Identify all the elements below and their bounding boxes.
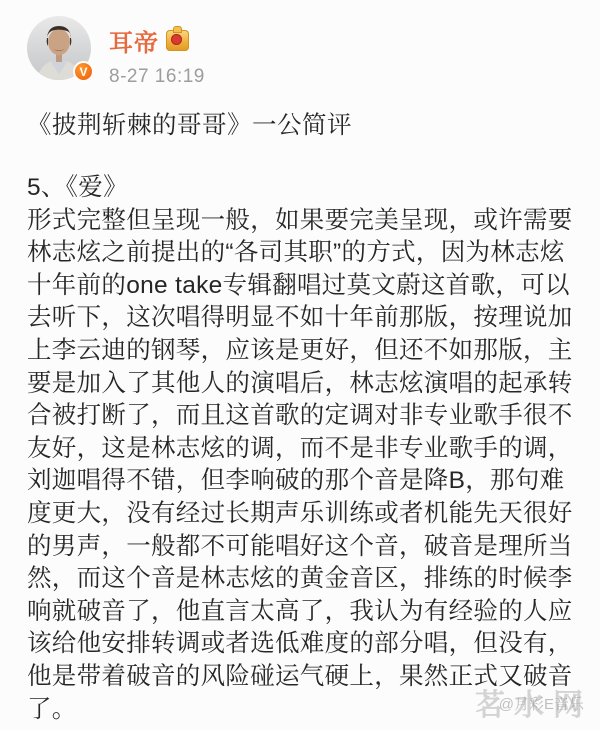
- verified-v-icon: V: [73, 61, 94, 82]
- body-line: 度更大，没有经过长期声乐训练或者机能先天很好: [27, 498, 574, 531]
- body-line: 刘迦唱得不错，但李响破的那个音是降B，那句难: [27, 465, 574, 498]
- vip-membership-badge-icon: [166, 30, 189, 51]
- user-avatar[interactable]: V: [27, 16, 91, 80]
- body-line: 5、《爱》: [27, 172, 574, 205]
- post-header: V 耳帝 8-27 16:19: [27, 16, 574, 88]
- body-line: 了。: [27, 694, 574, 727]
- post-title: 《披荆斩棘的哥哥》一公简评: [27, 109, 574, 142]
- body-line: 上李云迪的钢琴，应该是更好，但还不如那版，主: [27, 335, 574, 368]
- post-timestamp: 8-27 16:19: [109, 66, 205, 88]
- body-line: 去听下，这次唱得明显不如十年前那版，按理说加: [27, 302, 574, 335]
- weibo-post: V 耳帝 8-27 16:19 《披荆斩棘的哥哥》一公简评 5、《爱》形式完整但…: [0, 0, 600, 730]
- body-line: 的男声，一般都不可能唱好这个音，破音是理所当: [27, 531, 574, 564]
- body-line: 十年前的one take专辑翻唱过莫文蔚这首歌，可以: [27, 270, 574, 303]
- body-line: 形式完整但呈现一般，如果要完美呈现，或许需要: [27, 205, 574, 238]
- body-line: 该给他安排转调或者选低难度的部分唱，但没有，: [27, 628, 574, 661]
- body-line: 然，而这个音是林志炫的黄金音区，排练的时候李: [27, 563, 574, 596]
- body-line: 友好，这是林志炫的调，而不是非专业歌手的调，: [27, 433, 574, 466]
- body-line: 响就破音了，他直言太高了，我认为有经验的人应: [27, 596, 574, 629]
- user-info: 耳帝 8-27 16:19: [109, 16, 205, 88]
- body-line: 林志炫之前提出的“各司其职”的方式，因为林志炫: [27, 237, 574, 270]
- username[interactable]: 耳帝: [109, 23, 159, 58]
- body-line: 要是加入了其他人的演唱后，林志炫演唱的起承转: [27, 368, 574, 401]
- body-line: 他是带着破音的风险碰运气硬上，果然正式又破音: [27, 661, 574, 694]
- post-body: 5、《爱》形式完整但呈现一般，如果要完美呈现，或许需要林志炫之前提出的“各司其职…: [27, 172, 574, 726]
- body-line: 合被打断了，而且这首歌的定调对非专业歌手很不: [27, 400, 574, 433]
